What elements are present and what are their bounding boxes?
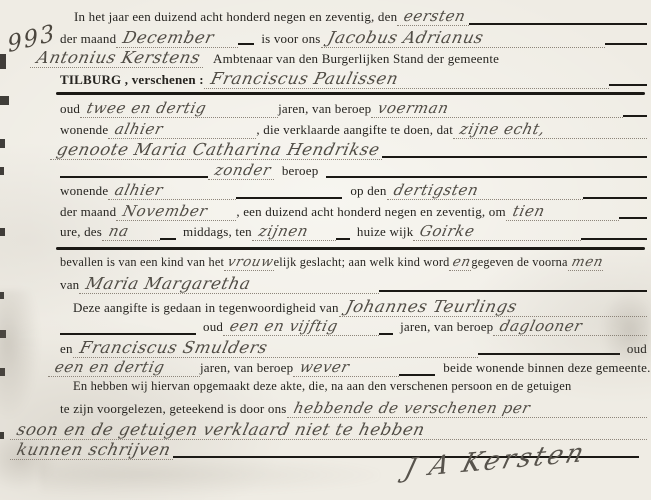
blank-rule [623, 115, 647, 117]
blank-rule [326, 176, 647, 178]
district-entry: Goirke [413, 222, 581, 241]
printed-text: In het jaar een duizend acht honderd neg… [74, 9, 397, 25]
blank-rule [160, 238, 176, 240]
act-line-child-gender: bevallen is van een kind van het vrouw e… [60, 254, 647, 275]
witness1-profession-entry: daglooner [493, 317, 647, 336]
witness1-name-entry: Johannes Teurlings [339, 297, 647, 317]
printed-text: oud [60, 101, 80, 117]
blank-rule [469, 23, 647, 25]
blank-rule [379, 333, 393, 335]
printed-text: , een duizend acht honderd negen en zeve… [236, 204, 506, 220]
act-line-year: In het jaar een duizend acht honderd neg… [60, 7, 647, 28]
blank-rule [60, 333, 196, 335]
scan-artifact [0, 330, 6, 338]
municipality-label: TILBURG , verschenen : [60, 72, 204, 88]
witness2-profession-entry: wever [293, 358, 399, 377]
names-suffix-entry: men [568, 254, 603, 271]
printed-text: bevallen is van een kind van het [60, 255, 224, 270]
scan-artifact [0, 96, 9, 105]
printed-text: ure, des [60, 224, 102, 240]
printed-text: Deze aangifte is gedaan in tegenwoordigh… [73, 300, 339, 316]
child-name-entry: Maria Margaretha [79, 274, 379, 294]
blank-rule [238, 43, 254, 45]
act-line-birth-month: der maand November , een duizend acht ho… [60, 202, 647, 223]
scan-artifact [0, 432, 4, 439]
act-line-mother-profession: zonder beroep [60, 161, 647, 182]
mother-residence-entry: alhier [108, 181, 236, 200]
printed-text: jaren, van beroep [200, 360, 293, 376]
act-line-closing2: te zijn voorgelezen, geteekend is door o… [60, 399, 647, 420]
act-line-closing3: soon en de getuigen verklaard niet te he… [10, 420, 647, 441]
declarant-profession-entry: voerman [371, 99, 623, 118]
blank-rule [336, 238, 350, 240]
blank-rule [60, 176, 208, 178]
printed-text: gegeven de voorna [471, 255, 567, 270]
spouse-intro-entry: zijne echt, [453, 120, 647, 139]
closing-note-entry-1: hebbende de verschenen per [287, 399, 647, 418]
bleedthrough-artifact [40, 455, 380, 495]
whose-house-entry: zijnen [252, 222, 336, 241]
child-gender-entry: vrouw [224, 254, 273, 271]
printed-text: beroep [282, 163, 319, 179]
declarant-name-entry: Franciscus Paulissen [204, 69, 609, 89]
residence-entry: alhier [108, 120, 256, 139]
blank-rule [379, 290, 647, 292]
act-line-birth-day: wonende alhier op den dertigsten [60, 181, 647, 202]
blank-rule [382, 156, 647, 158]
act-line-mother-name: genoote Maria Catharina Hendrikse [50, 140, 647, 161]
printed-text: huize wijk [357, 224, 414, 240]
section-divider [56, 247, 645, 250]
witness2-name-entry: Franciscus Smulders [73, 338, 478, 358]
act-line-municipality: TILBURG , verschenen : Franciscus Paulis… [60, 69, 647, 90]
printed-text: , die verklaarde aangifte te doen, dat [256, 122, 453, 138]
witness2-age-entry: een en dertig [48, 358, 200, 377]
blank-rule [478, 353, 620, 355]
printed-text: te zijn voorgelezen, geteekend is door o… [60, 401, 287, 417]
blank-rule [609, 84, 647, 86]
blank-rule [399, 374, 435, 376]
scan-artifact [0, 139, 5, 148]
mother-name-entry: genoote Maria Catharina Hendrikse [50, 140, 382, 160]
registrar-surname-entry: Antonius Kerstens [30, 48, 203, 68]
closing-note-entry-2: soon en de getuigen verklaard niet te he… [10, 420, 647, 440]
day-entry: eersten [397, 7, 468, 26]
act-body: In het jaar een duizend acht honderd neg… [0, 0, 651, 461]
act-line-closing1: En hebben wij hiervan opgemaakt deze akt… [60, 379, 647, 400]
printed-text: En hebben wij hiervan opgemaakt deze akt… [73, 379, 571, 394]
printed-text: beide wonende binnen deze gemeente. [443, 360, 650, 376]
printed-text: oud [203, 319, 223, 335]
birth-certificate-scan: 993 In het jaar een duizend acht honderd… [0, 0, 651, 500]
act-line-witnesses: Deze aangifte is gedaan in tegenwoordigh… [60, 297, 647, 318]
printed-text: Ambtenaar van den Burgerlijken Stand der… [213, 51, 499, 67]
scan-artifact [0, 167, 4, 175]
act-line-registrar2: Antonius Kerstens Ambtenaar van den Burg… [30, 48, 647, 69]
month-entry: December [116, 28, 238, 48]
printed-text: der maand [60, 204, 116, 220]
printed-text: oud [627, 341, 647, 357]
birth-month-entry: November [116, 202, 236, 221]
scan-artifact [0, 368, 5, 376]
printed-text: is voor ons [261, 31, 320, 47]
act-line-declarant-residence: wonende alhier , die verklaarde aangifte… [60, 120, 647, 141]
scan-artifact [0, 228, 5, 236]
act-line-witness2-age: een en dertig jaren, van beroep wever be… [48, 358, 647, 379]
blank-rule [583, 197, 647, 199]
birth-day-entry: dertigsten [387, 181, 583, 200]
am-pm-entry: na [102, 222, 160, 241]
printed-text: jaren, van beroep [400, 319, 493, 335]
printed-text: der maand [60, 31, 116, 47]
blank-rule [236, 197, 342, 199]
act-line-declarant-age: oud twee en dertig jaren, van beroep voe… [60, 99, 647, 120]
act-line-witness1-age: oud een en vijftig jaren, van beroep dag… [60, 317, 647, 338]
act-line-child-name: van Maria Margaretha [60, 274, 647, 295]
act-line-month-registrar: der maand December is voor ons Jacobus A… [60, 28, 647, 49]
witness1-age-entry: een en vijftig [223, 317, 379, 336]
closing-note-entry-3: kunnen schrijven [10, 440, 173, 460]
printed-text: middags, ten [183, 224, 252, 240]
blank-rule [581, 238, 647, 240]
printed-text: jaren, van beroep [278, 101, 371, 117]
mother-profession-entry: zonder [208, 161, 274, 180]
act-line-witness2-name: en Franciscus Smulders oud [60, 338, 647, 359]
printed-text: wonende [60, 183, 108, 199]
scan-artifact [0, 54, 6, 69]
blank-rule [605, 43, 647, 45]
printed-text: wonende [60, 122, 108, 138]
printed-text: op den [350, 183, 386, 199]
registrar-name-entry: Jacobus Adrianus [321, 28, 605, 48]
declarant-age-entry: twee en dertig [80, 99, 278, 118]
blank-rule [619, 217, 647, 219]
birth-hour-entry: tien [506, 202, 619, 221]
plural-insert-entry: en [449, 254, 471, 271]
printed-text: van [60, 277, 79, 293]
printed-text: elijk geslacht; aan welk kind word [274, 255, 450, 270]
act-line-birth-time-house: ure, des na middags, ten zijnen huize wi… [60, 222, 647, 243]
scan-artifact [0, 292, 4, 299]
section-divider [56, 92, 645, 95]
printed-text: en [60, 341, 73, 357]
